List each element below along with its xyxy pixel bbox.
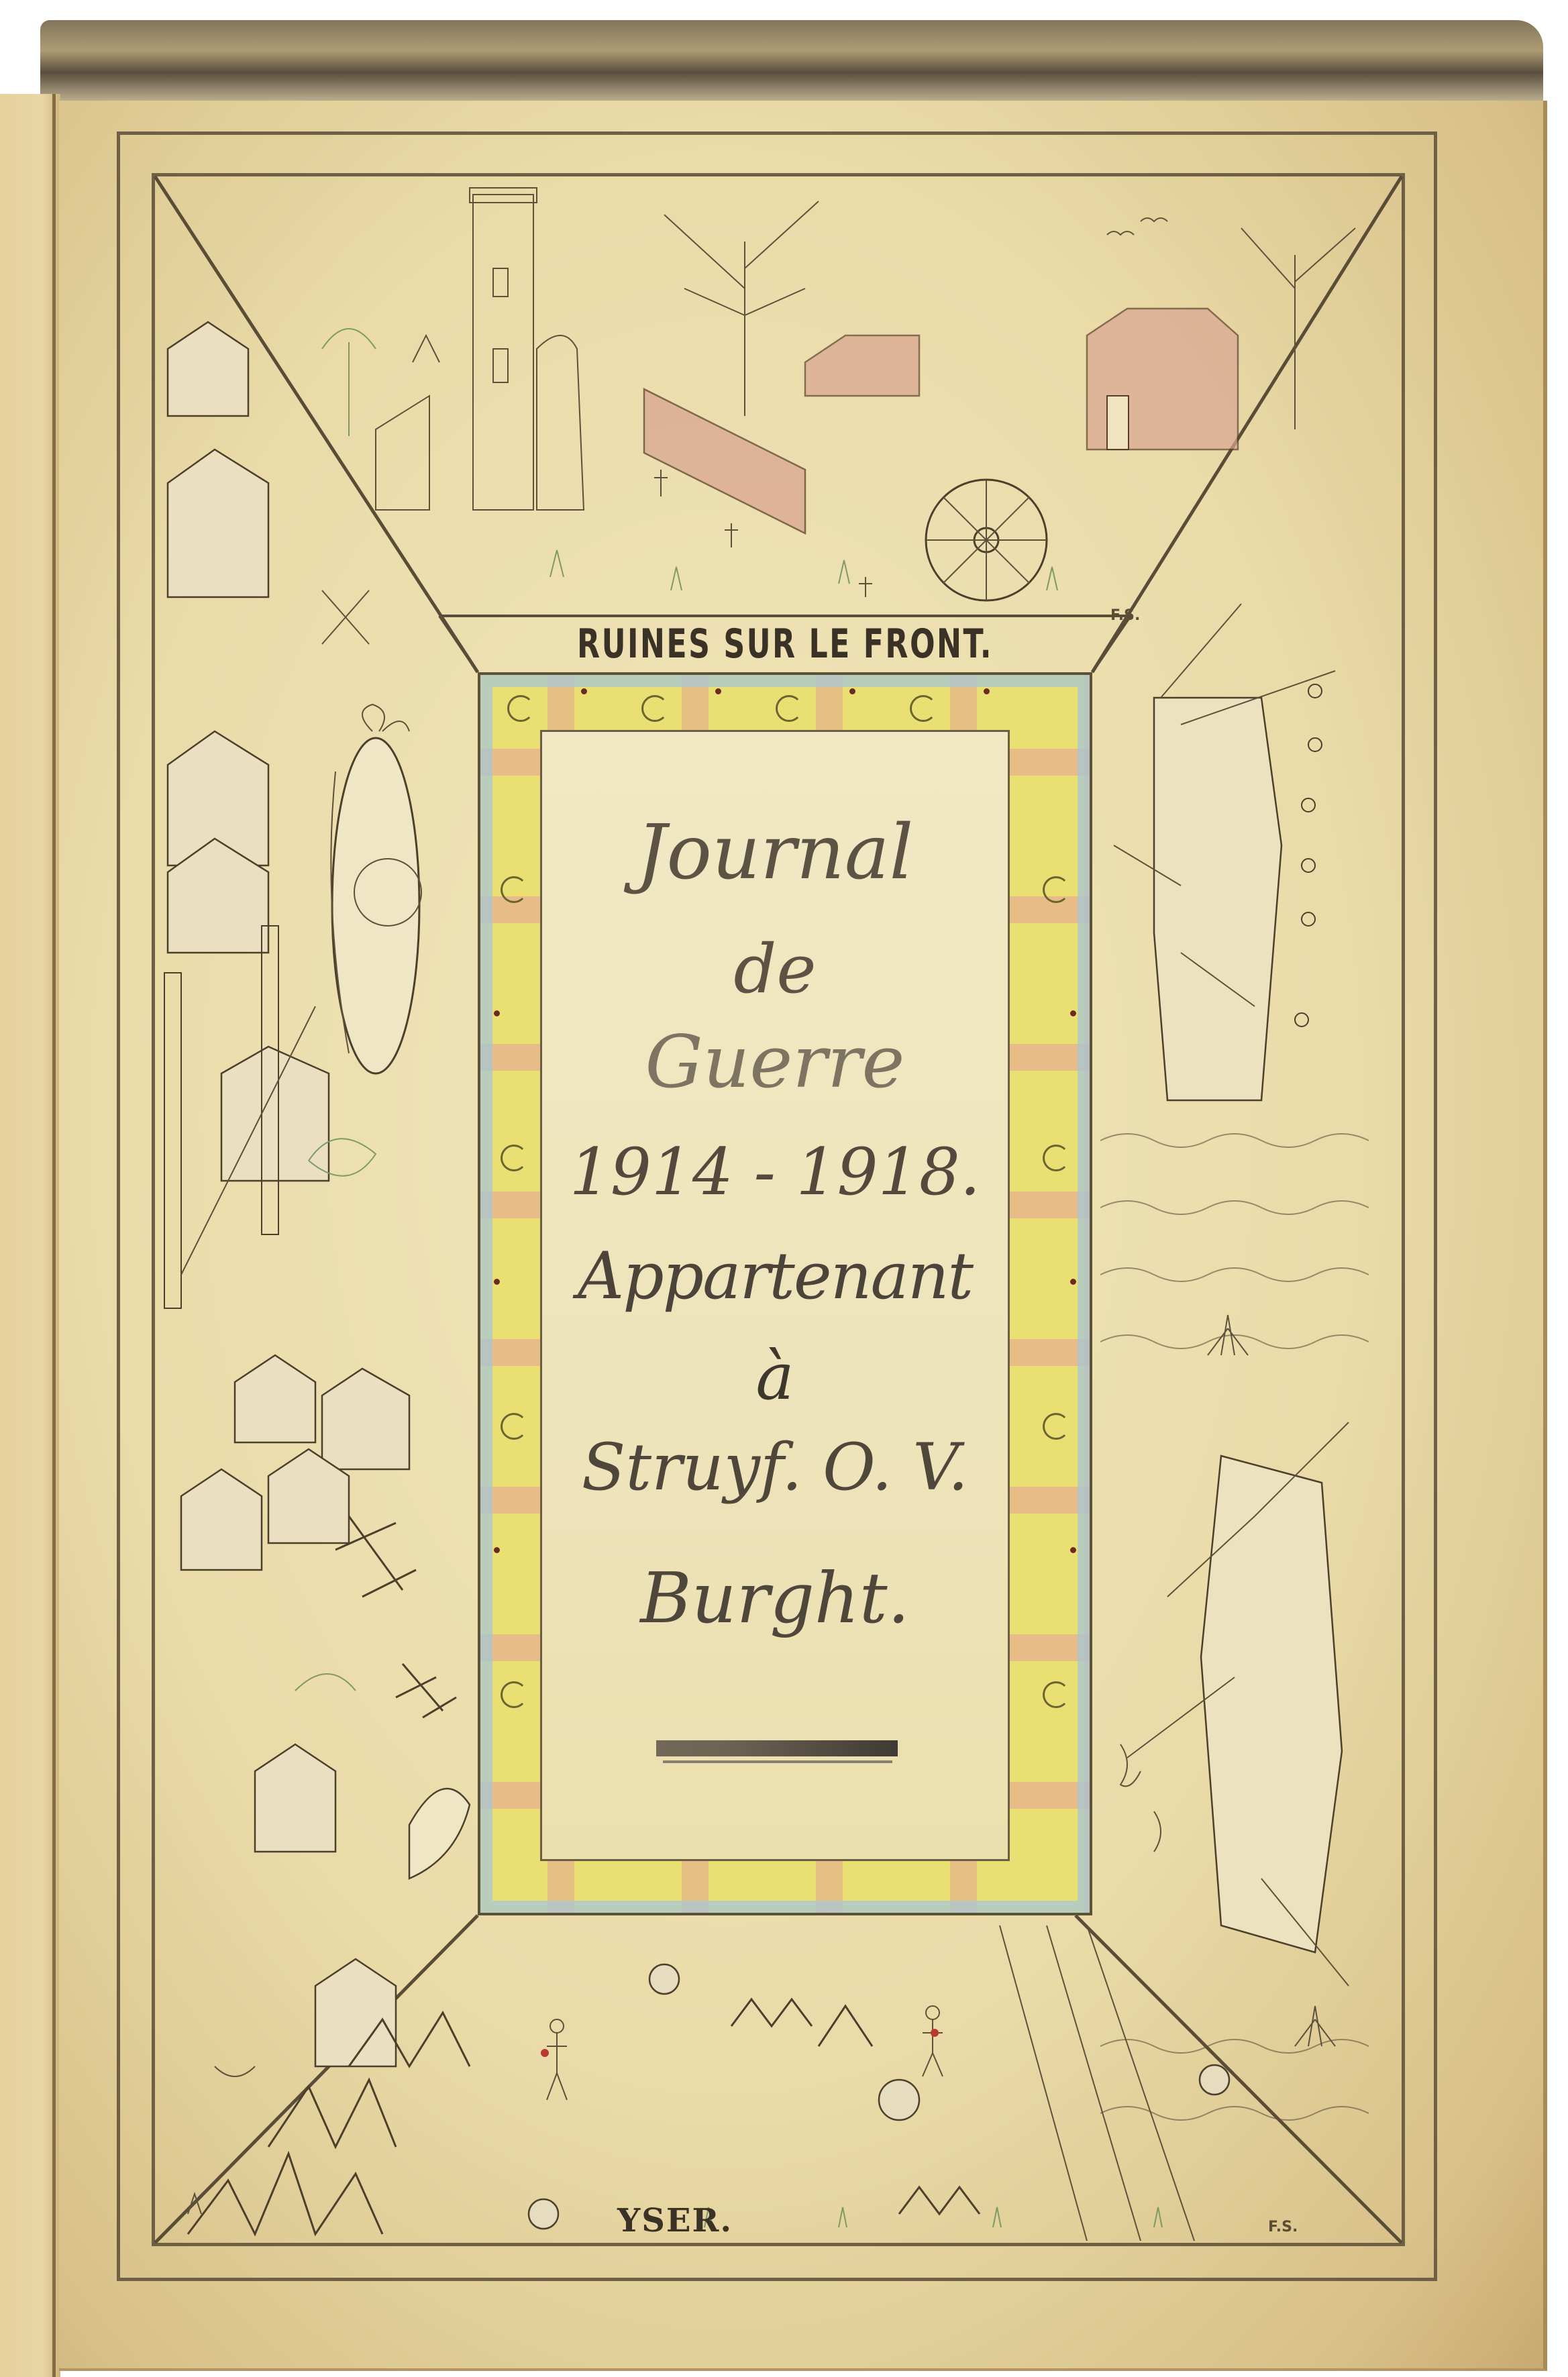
scroll-ornament-icon bbox=[776, 695, 802, 722]
scroll-ornament-icon bbox=[501, 1413, 527, 1440]
scroll-ornament-icon bbox=[501, 1145, 527, 1171]
owner-name: Struyf. O. V. bbox=[542, 1430, 1008, 1505]
scroll-ornament-icon bbox=[1043, 1413, 1069, 1440]
decorative-rule bbox=[656, 1740, 898, 1756]
dot-ornament bbox=[494, 1010, 500, 1016]
dot-ornament bbox=[1070, 1279, 1076, 1285]
artist-signature-bottom: F.S. bbox=[1268, 2219, 1298, 2235]
dot-ornament bbox=[581, 688, 587, 694]
title-panel: Journal de Guerre 1914 - 1918. Appartena… bbox=[540, 730, 1010, 1861]
dot-ornament bbox=[494, 1279, 500, 1285]
scroll-ornament-icon bbox=[1043, 876, 1069, 903]
scroll-ornament-icon bbox=[507, 695, 534, 722]
dot-ornament bbox=[1070, 1547, 1076, 1553]
title-line-guerre: Guerre bbox=[542, 1020, 1008, 1104]
title-line-years: 1914 - 1918. bbox=[542, 1134, 1008, 1210]
scroll-ornament-icon bbox=[501, 876, 527, 903]
scroll-ornament-icon bbox=[501, 1681, 527, 1708]
dot-ornament bbox=[984, 688, 990, 694]
artist-signature-top: F.S. bbox=[1110, 607, 1140, 624]
dot-ornament bbox=[715, 688, 721, 694]
caption-ruines-sur-le-front: RUINES SUR LE FRONT. bbox=[439, 616, 1131, 672]
owner-place: Burght. bbox=[542, 1557, 1008, 1639]
dot-ornament bbox=[1070, 1010, 1076, 1016]
scroll-ornament-icon bbox=[641, 695, 668, 722]
title-line-appartenant: Appartenant bbox=[542, 1238, 1008, 1314]
binding-gutter bbox=[52, 94, 56, 2377]
title-line-journal: Journal bbox=[542, 809, 1008, 896]
title-line-de: de bbox=[542, 930, 1008, 1008]
decorative-rule-underline bbox=[663, 1760, 892, 1763]
scroll-ornament-icon bbox=[1043, 1681, 1069, 1708]
book-spine-top-edge bbox=[40, 20, 1543, 107]
dot-ornament bbox=[849, 688, 855, 694]
title-line-a: à bbox=[542, 1339, 1008, 1414]
dot-ornament bbox=[494, 1547, 500, 1553]
caption-top-text: RUINES SUR LE FRONT. bbox=[577, 621, 993, 668]
scroll-ornament-icon bbox=[910, 695, 937, 722]
left-facing-page bbox=[0, 94, 60, 2377]
caption-yser: YSER. bbox=[617, 2202, 751, 2242]
scroll-ornament-icon bbox=[1043, 1145, 1069, 1171]
